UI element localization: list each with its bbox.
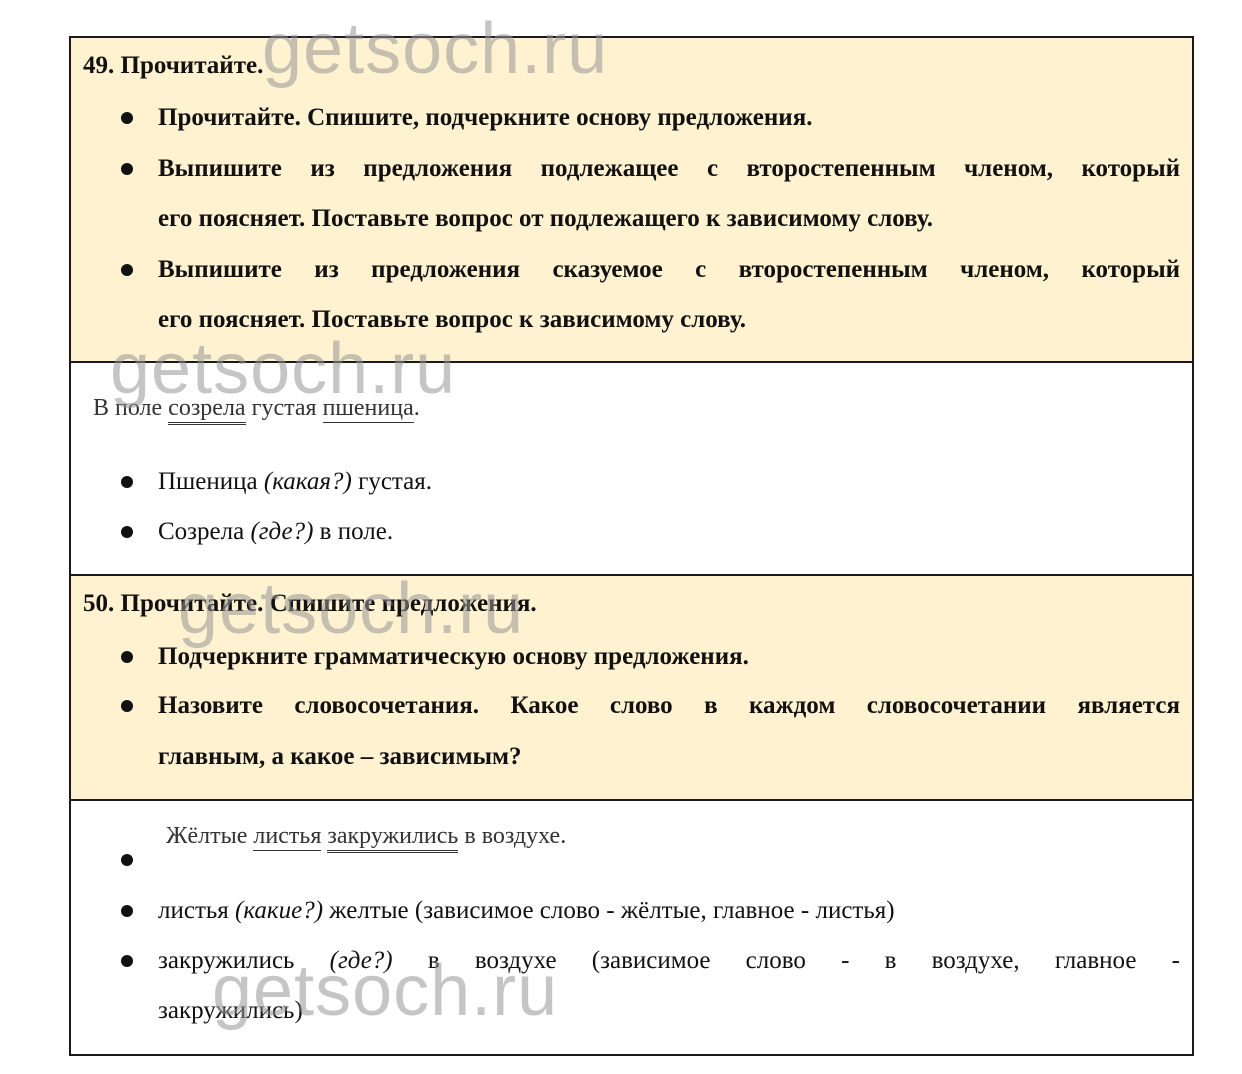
answer-50-sentence: Жёлтые листья закружились в воздухе. — [166, 823, 566, 850]
task-49-title: 49. Прочитайте. — [83, 52, 263, 80]
bullet-icon — [121, 651, 133, 663]
predicate: созрела — [168, 395, 245, 425]
answer-49: В поле созрела густая пшеница. Пшеница (… — [71, 363, 1192, 576]
task-50-title: 50. Прочитайте. Спишите предложения. — [83, 590, 537, 618]
bullet-icon — [121, 163, 133, 175]
subject: листья — [253, 823, 321, 851]
bullet-icon — [121, 112, 133, 124]
answer-50: Жёлтые листья закружились в воздухе. лис… — [71, 801, 1192, 1054]
bullet-icon — [121, 526, 133, 538]
bullet-icon — [121, 700, 133, 712]
bullet-icon — [121, 854, 133, 866]
bullet-icon — [121, 955, 133, 967]
task-49: 49. Прочитайте. Прочитайте. Спишите, под… — [71, 38, 1192, 363]
exercise-table: 49. Прочитайте. Прочитайте. Спишите, под… — [69, 36, 1194, 1056]
bullet-icon — [121, 476, 133, 488]
bullet-icon — [121, 264, 133, 276]
subject: пшеница — [323, 395, 414, 423]
task-50: 50. Прочитайте. Спишите предложения. Под… — [71, 576, 1192, 801]
bullet-icon — [121, 905, 133, 917]
predicate: закружились — [327, 823, 458, 853]
answer-49-sentence: В поле созрела густая пшеница. — [93, 395, 420, 422]
